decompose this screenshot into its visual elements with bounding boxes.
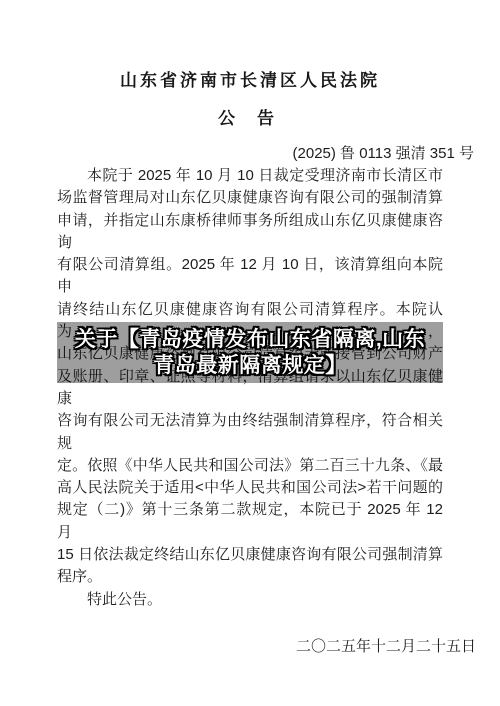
body-line: 高人民法院关于适用<中华人民共和国公司法>若干问题的 <box>57 477 443 499</box>
body-line: 咨询有限公司无法清算为由终结强制清算程序，符合相关规 <box>57 410 443 455</box>
body-line: 规定（二)》第十三条第二款规定，本院已于 2025 年 12 月 <box>57 499 443 544</box>
announcement-page: 山东省济南市长清区人民法院 公 告 (2025) 鲁 0113 强清 351 号… <box>0 0 500 706</box>
overlay-banner-text-line2: 青岛最新隔离规定】 <box>153 353 347 379</box>
body-line: 场监督管理局对山东亿贝康健康咨询有限公司的强制清算 <box>57 187 443 209</box>
body-line: 15 日依法裁定终结山东亿贝康健康咨询有限公司强制清算 <box>57 544 443 566</box>
body-line: 本院于 2025 年 10 月 10 日裁定受理济南市长清区市 <box>57 165 443 187</box>
body-line: 定。依照《中华人民共和国公司法》第二百三十九条、《最 <box>57 455 443 477</box>
body-line: 程序。 <box>57 566 443 588</box>
body-line: 申请，并指定山东康桥律师事务所组成山东亿贝康健康咨询 <box>57 210 443 255</box>
overlay-banner-link[interactable]: 关于【青岛疫情发布山东省隔离,山东 青岛最新隔离规定】 <box>57 322 443 383</box>
case-number: (2025) 鲁 0113 强清 351 号 <box>0 144 500 163</box>
announcement-date: 二〇二五年十二月二十五日 <box>0 637 500 656</box>
court-name: 山东省济南市长清区人民法院 <box>0 70 500 93</box>
closing-line: 特此公告。 <box>57 589 443 611</box>
body-line: 有限公司清算组。2025 年 12 月 10 日，该清算组向本院申 <box>57 254 443 299</box>
announcement-title: 公 告 <box>0 108 500 131</box>
overlay-banner-text-line1: 关于【青岛疫情发布山东省隔离,山东 <box>75 327 425 353</box>
announcement-body: 本院于 2025 年 10 月 10 日裁定受理济南市长清区市 场监督管理局对山… <box>0 165 500 611</box>
